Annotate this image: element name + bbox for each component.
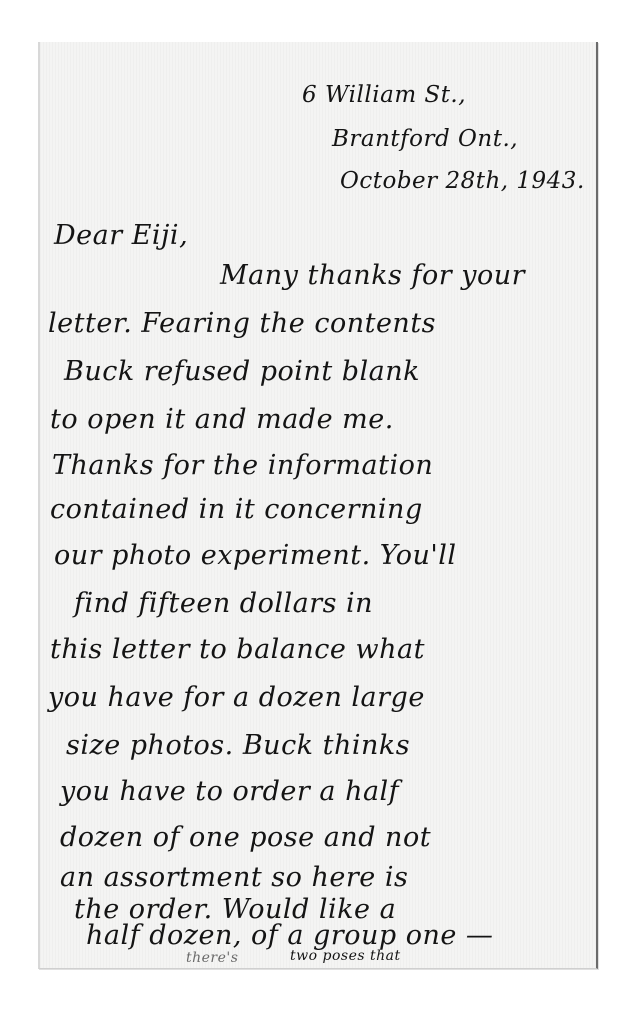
body-line-12: you have to order a half bbox=[60, 776, 399, 807]
body-line-16: half dozen, of a group one — bbox=[86, 920, 493, 951]
salutation: Dear Eiji, bbox=[54, 220, 188, 251]
body-line-8: find fifteen dollars in bbox=[74, 588, 373, 619]
body-line-7: our photo experiment. You'll bbox=[54, 540, 457, 571]
body-line-3: Buck refused point blank bbox=[64, 356, 420, 387]
body-line-4: to open it and made me. bbox=[50, 404, 394, 435]
body-line-13: dozen of one pose and not bbox=[60, 822, 431, 853]
address-street: 6 William St., bbox=[302, 82, 466, 108]
body-line-9: this letter to balance what bbox=[50, 634, 425, 665]
letter-date: October 28th, 1943. bbox=[340, 168, 585, 194]
insertion-two-poses: two poses that bbox=[290, 948, 401, 964]
body-line-11: size photos. Buck thinks bbox=[66, 730, 410, 761]
body-line-6: contained in it concerning bbox=[50, 494, 423, 525]
body-line-10: you have for a dozen large bbox=[48, 682, 425, 713]
address-city: Brantford Ont., bbox=[332, 126, 518, 152]
body-line-2: letter. Fearing the contents bbox=[48, 308, 436, 339]
body-line-14: an assortment so here is bbox=[60, 862, 408, 893]
body-line-5: Thanks for the information bbox=[52, 450, 433, 481]
letter-page: 6 William St., Brantford Ont., October 2… bbox=[38, 42, 598, 969]
insertion-theres: there's bbox=[186, 950, 238, 966]
body-line-1: Many thanks for your bbox=[220, 260, 525, 291]
